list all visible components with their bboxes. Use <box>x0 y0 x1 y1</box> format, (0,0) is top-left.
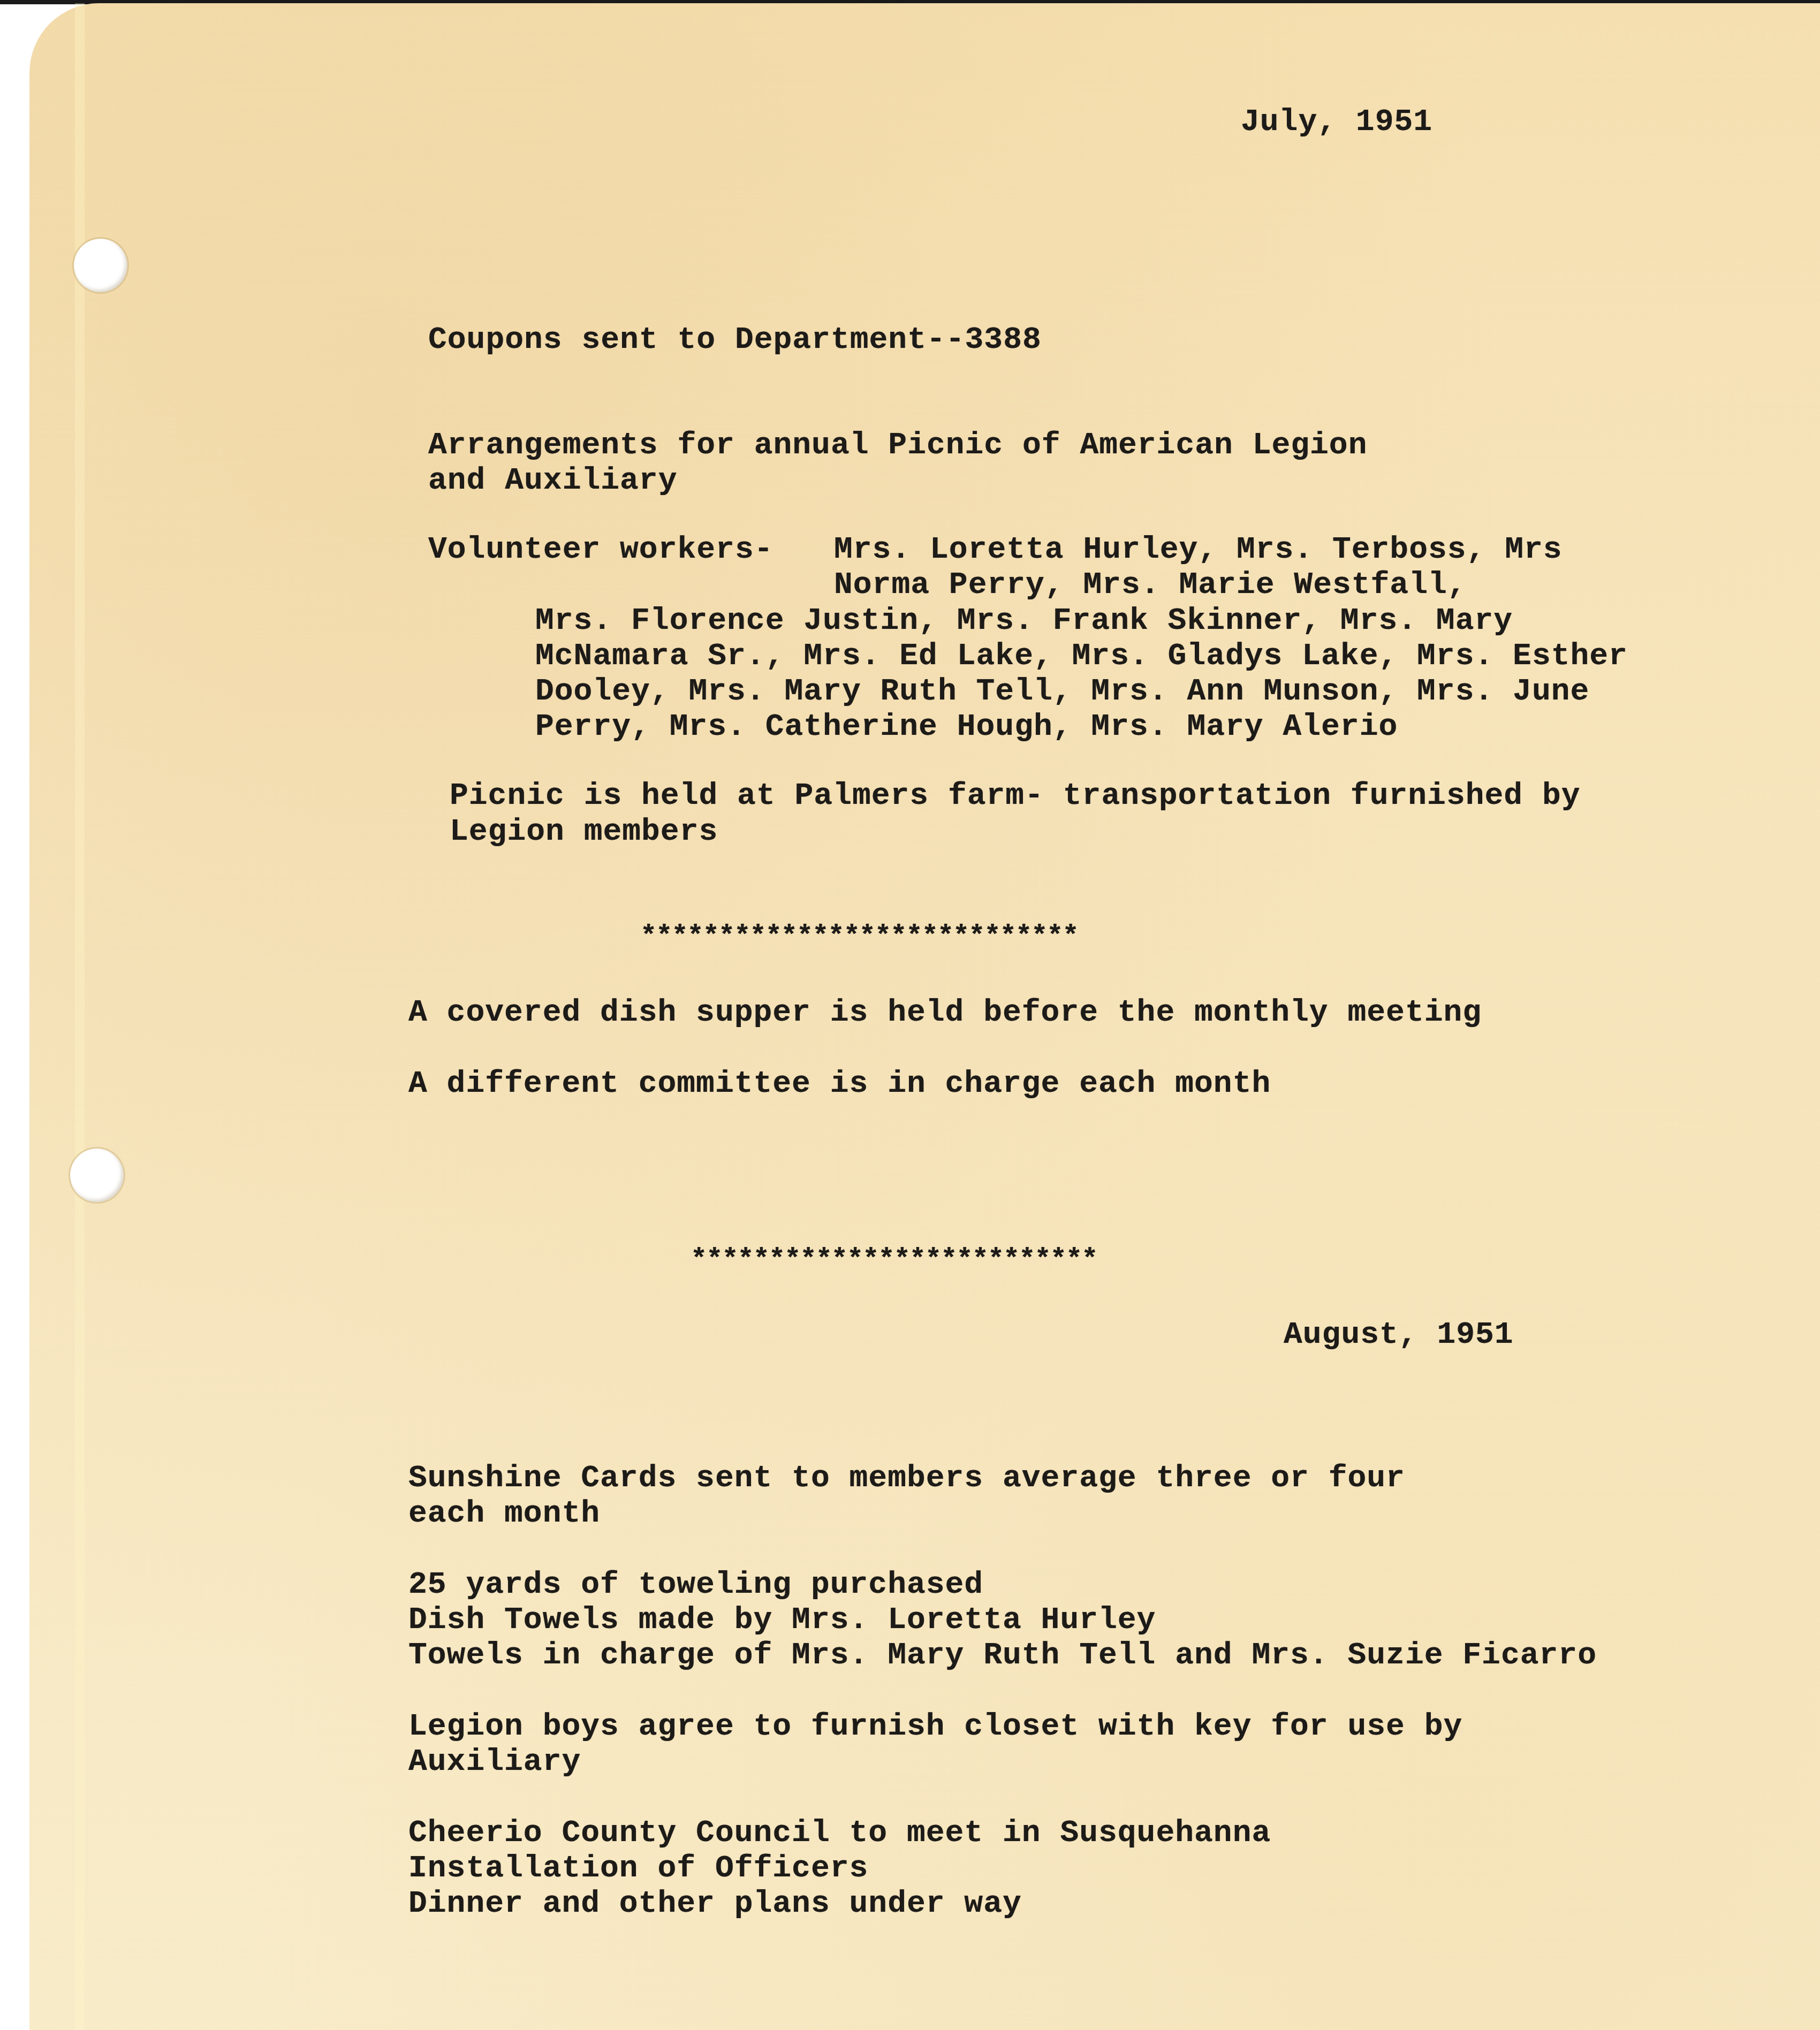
county-council-line-1: Cheerio County Council to meet in Susque… <box>408 1816 1271 1851</box>
picnic-location-line-1: Picnic is held at Palmers farm- transpor… <box>450 779 1581 814</box>
picnic-arrangements-line-1: Arrangements for annual Picnic of Americ… <box>428 428 1367 463</box>
county-council-line-3: Dinner and other plans under way <box>408 1887 1022 1922</box>
volunteers-line-1: Mrs. Loretta Hurley, Mrs. Terboss, Mrs <box>834 533 1563 568</box>
sunshine-cards-line-2: each month <box>408 1496 600 1532</box>
section-divider-1: **************************** <box>640 919 1078 955</box>
coupons-line: Coupons sent to Department--3388 <box>428 323 1042 358</box>
closet-line-1: Legion boys agree to furnish closet with… <box>408 1709 1462 1745</box>
toweling-line-2: Dish Towels made by Mrs. Loretta Hurley <box>408 1603 1156 1638</box>
section-divider-2: ************************** <box>691 1243 1097 1278</box>
picnic-arrangements-line-2: and Auxiliary <box>428 463 677 499</box>
punch-hole-icon <box>74 239 127 292</box>
volunteers-line-4: McNamara Sr., Mrs. Ed Lake, Mrs. Gladys … <box>535 639 1628 674</box>
volunteers-line-6: Perry, Mrs. Catherine Hough, Mrs. Mary A… <box>535 710 1398 745</box>
supper-note: A covered dish supper is held before the… <box>408 995 1482 1031</box>
july-date-heading: July, 1951 <box>1241 105 1432 140</box>
volunteers-line-3: Mrs. Florence Justin, Mrs. Frank Skinner… <box>535 604 1513 639</box>
county-council-line-2: Installation of Officers <box>408 1851 868 1887</box>
volunteers-label: Volunteer workers- <box>428 533 773 568</box>
picnic-location-line-2: Legion members <box>450 815 718 850</box>
committee-note: A different committee is in charge each … <box>408 1067 1271 1102</box>
volunteers-line-2: Norma Perry, Mrs. Marie Westfall, <box>834 568 1467 603</box>
sunshine-cards-line-1: Sunshine Cards sent to members average t… <box>408 1461 1405 1496</box>
closet-line-2: Auxiliary <box>408 1745 581 1780</box>
volunteers-line-5: Dooley, Mrs. Mary Ruth Tell, Mrs. Ann Mu… <box>535 674 1589 710</box>
binder-margin <box>75 3 85 2030</box>
toweling-line-1: 25 yards of toweling purchased <box>408 1568 983 1603</box>
toweling-line-3: Towels in charge of Mrs. Mary Ruth Tell … <box>408 1638 1597 1674</box>
august-date-heading: August, 1951 <box>1284 1318 1514 1353</box>
punch-hole-icon <box>70 1149 124 1202</box>
